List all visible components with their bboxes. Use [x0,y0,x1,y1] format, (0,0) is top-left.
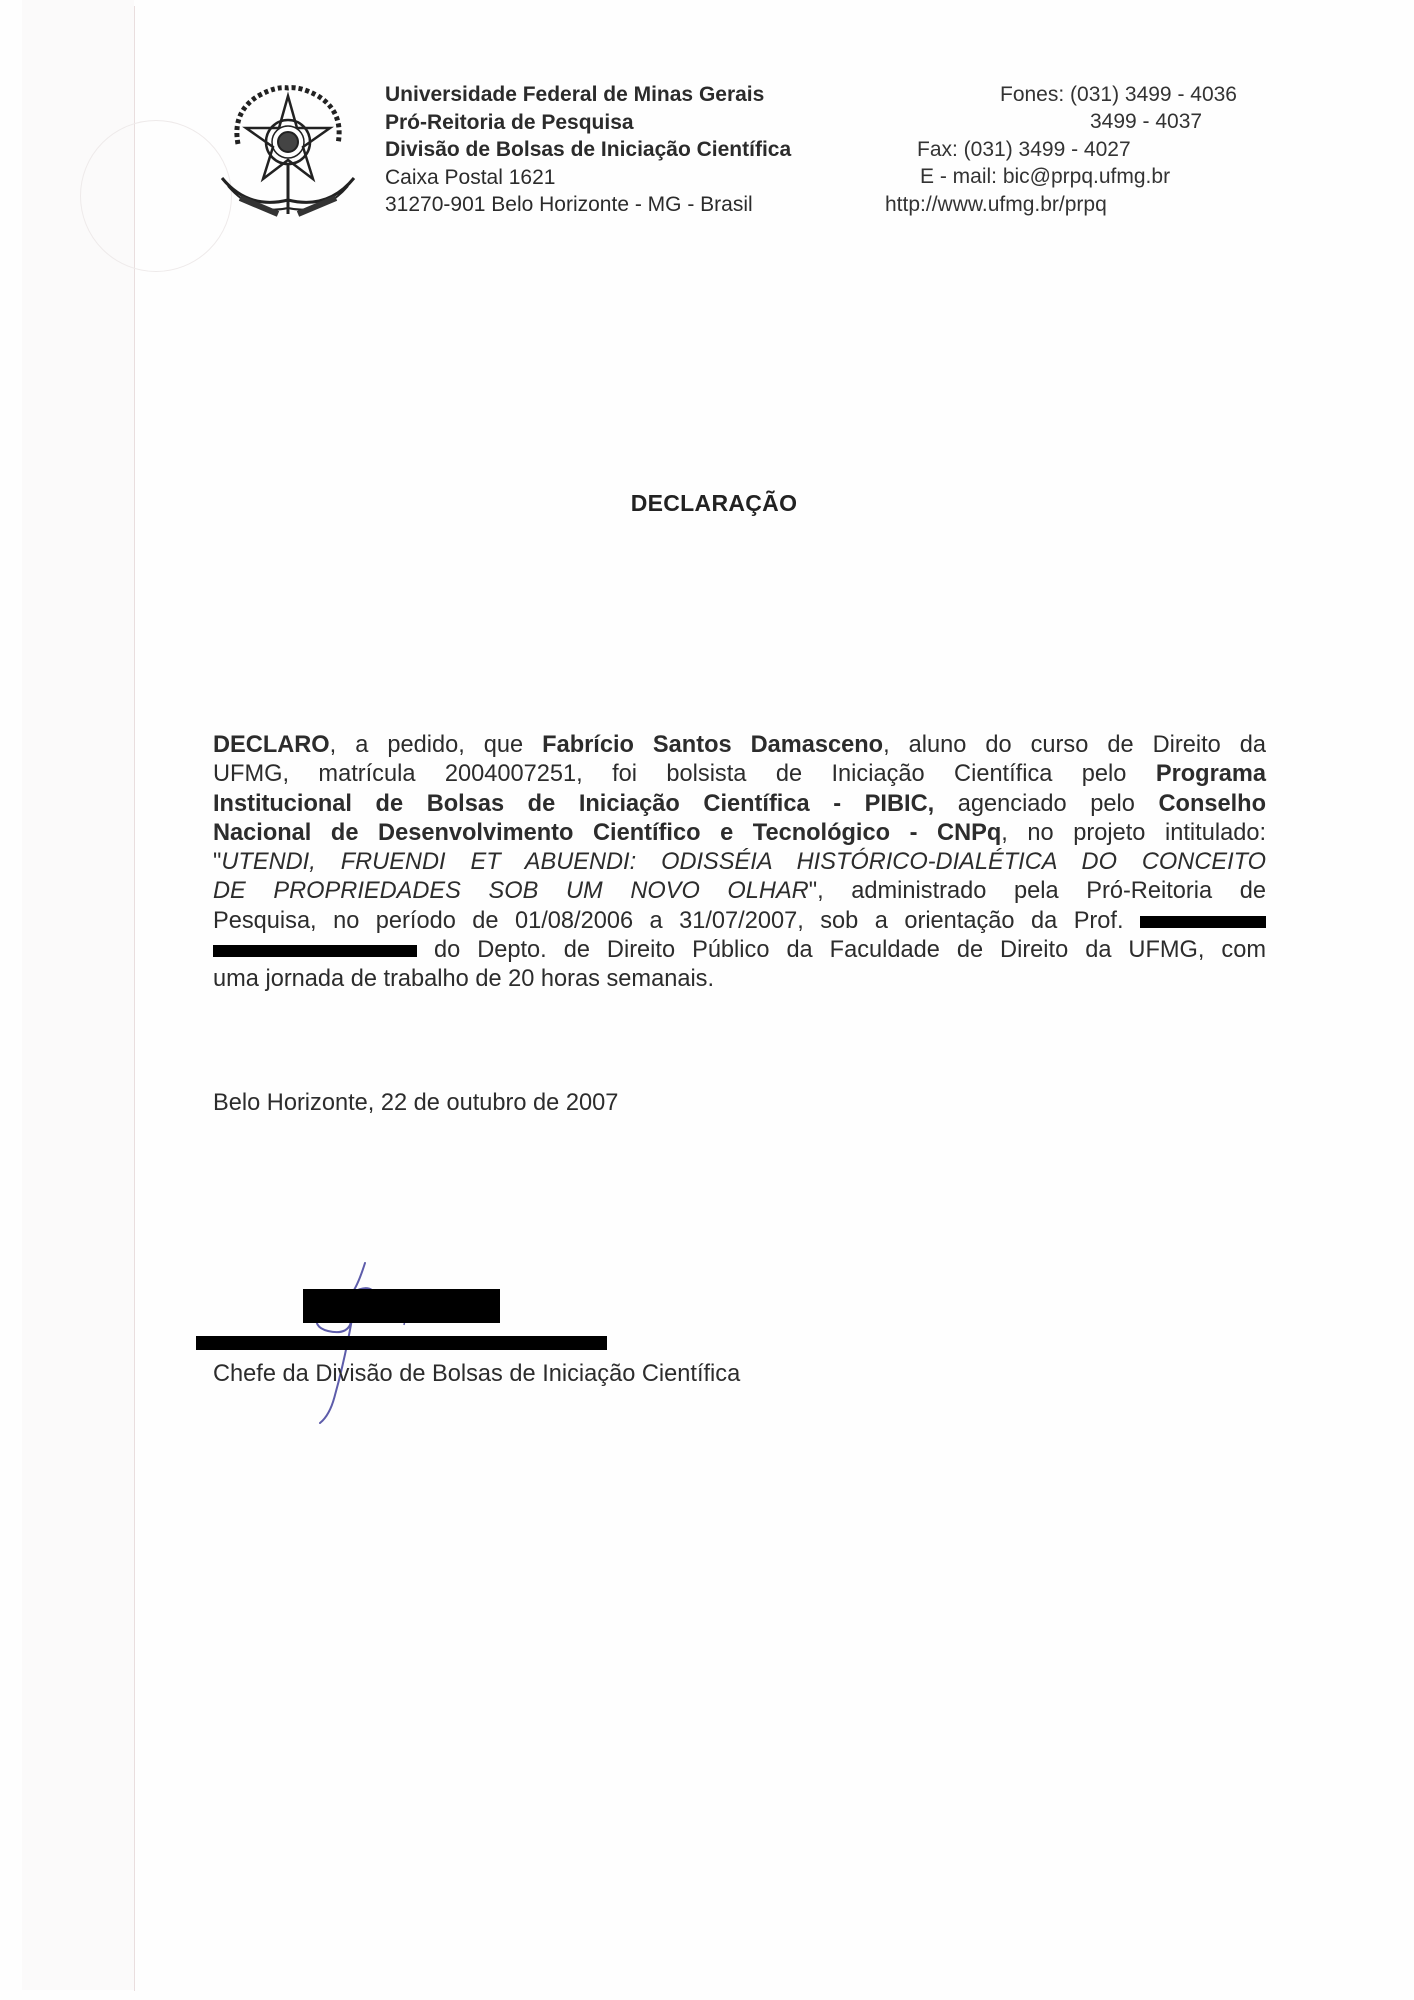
body-line: UFMG, matrícula 2004007251, foi bolsista… [213,760,1266,789]
italic-text: DE PROPRIEDADES SOB UM NOVO OLHAR [213,878,809,904]
phones-line-2: 3499 - 4037 [1090,108,1202,136]
bold-text: Institucional de Bolsas de Iniciação Cie… [213,791,934,817]
fax: Fax: (031) 3499 - 4027 [917,136,1131,164]
text: , a pedido, que [330,732,543,758]
bold-text: DECLARO [213,732,330,758]
bold-text: Conselho [1159,791,1267,817]
letterhead-address-block: Universidade Federal de Minas Gerais Pró… [385,81,791,219]
body-line: Nacional de Desenvolvimento Científico e… [213,819,1266,848]
italic-text: UTENDI, FRUENDI ET ABUENDI: ODISSÉIA HIS… [221,849,1266,875]
redacted-signatory-name [196,1336,607,1350]
document-title: DECLARAÇÃO [0,490,1414,517]
scan-margin-band [22,0,134,1990]
document-title-text: DECLARAÇÃO [631,490,798,516]
body-line: DE PROPRIEDADES SOB UM NOVO OLHAR", admi… [213,877,1266,906]
body-line: "UTENDI, FRUENDI ET ABUENDI: ODISSÉIA HI… [213,848,1266,877]
text: uma jornada de trabalho de 20 horas sema… [213,966,714,992]
place-date: Belo Horizonte, 22 de outubro de 2007 [213,1090,618,1117]
website-link[interactable]: http://www.ufmg.br/prpq [885,191,1107,219]
institution-name: Universidade Federal de Minas Gerais [385,81,791,109]
body-line: DECLARO, a pedido, que Fabrício Santos D… [213,731,1266,760]
body-line: Pesquisa, no período de 01/08/2006 a 31/… [213,907,1266,936]
postal-address: 31270-901 Belo Horizonte - MG - Brasil [385,191,791,219]
division-name: Divisão de Bolsas de Iniciação Científic… [385,136,791,164]
text: ", administrado pela Pró-Reitoria de [809,878,1266,904]
body-line: do Depto. de Direito Público da Faculdad… [213,936,1266,965]
redaction-bar [1140,916,1266,928]
body-line: uma jornada de trabalho de 20 horas sema… [213,965,1266,994]
body-line: Institucional de Bolsas de Iniciação Cie… [213,790,1266,819]
text: UFMG, matrícula 2004007251, foi bolsista… [213,761,1156,787]
po-box: Caixa Postal 1621 [385,164,791,192]
text: do Depto. de Direito Público da Faculdad… [417,937,1266,963]
redaction-bar [213,945,417,957]
signatory-role: Chefe da Divisão de Bolsas de Iniciação … [213,1361,740,1388]
email-link[interactable]: E - mail: bic@prpq.ufmg.br [920,163,1170,191]
redacted-signature-bar [303,1289,500,1323]
text: , aluno do curso de Direito da [883,732,1266,758]
text: Pesquisa, no período de 01/08/2006 a 31/… [213,908,1140,934]
department-name: Pró-Reitoria de Pesquisa [385,109,791,137]
faint-stamp [80,120,232,272]
bold-text: Nacional de Desenvolvimento Científico e… [213,820,1001,846]
text: , no projeto intitulado: [1001,820,1266,846]
scan-margin-line [134,6,135,1991]
phones-line-1: Fones: (031) 3499 - 4036 [1000,81,1237,109]
declaration-body: DECLARO, a pedido, que Fabrício Santos D… [213,731,1266,995]
bold-text: Fabrício Santos Damasceno [542,732,883,758]
text: agenciado pelo [934,791,1158,817]
coat-of-arms-icon [218,82,358,224]
bold-text: Programa [1156,761,1266,787]
